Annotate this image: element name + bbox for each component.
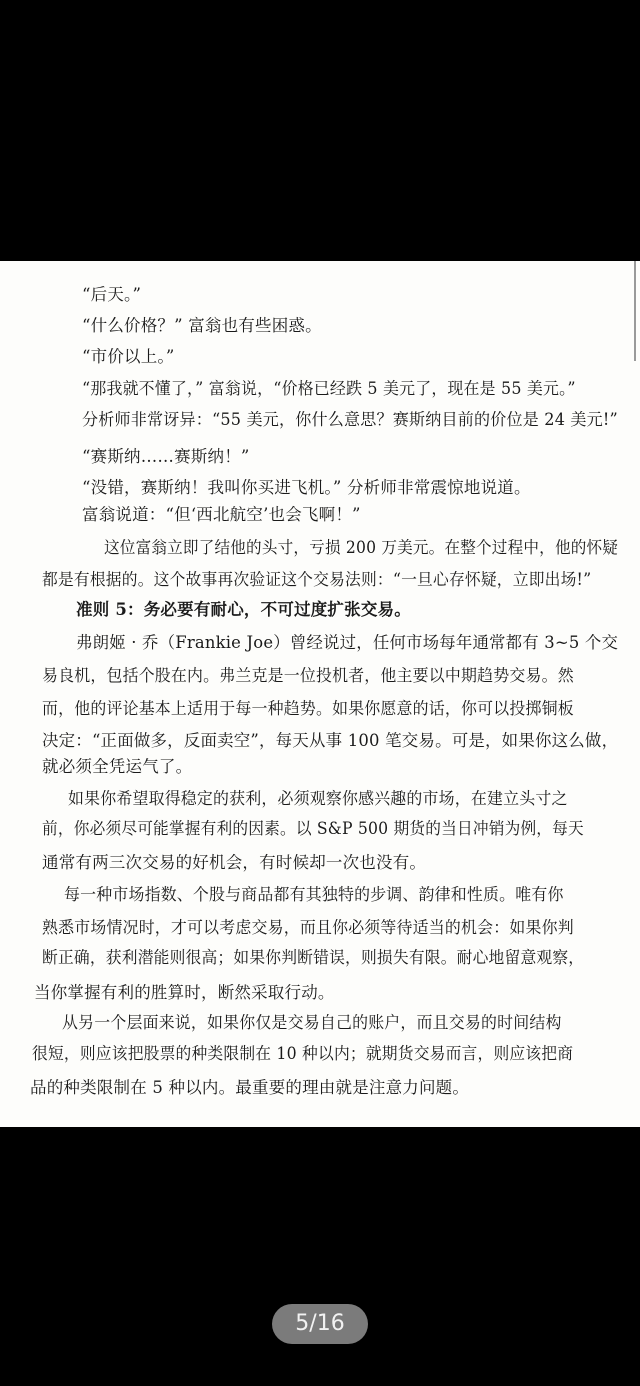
text-line: 熟悉市场情况时，才可以考虑交易，而且你必须等待适当的机会：如果你判 [42,918,574,938]
text-line: “什么价格？” 富翁也有些困惑。 [82,316,322,336]
text-line: 很短，则应该把股票的种类限制在 10 种以内；就期货交易而言，则应该把商 [32,1044,573,1064]
text-line: “赛斯纳……赛斯纳！” [82,447,250,467]
section-heading: 准则 5：务必要有耐心，不可过度扩张交易。 [76,600,411,620]
text-line: 就必须全凭运气了。 [42,757,192,777]
text-line: “没错，赛斯纳！我叫你买进飞机。” 分析师非常震惊地说道。 [82,478,531,498]
page-edge-line [634,261,636,361]
text-line: “那我就不懂了，” 富翁说，“价格已经跌 5 美元了，现在是 55 美元。” [82,379,576,399]
text-line: 决定：“正面做多，反面卖空”，每天从事 100 笔交易。可是，如果你这么做， [42,731,618,751]
text-line: 当你掌握有利的胜算时，断然采取行动。 [34,983,335,1003]
text-line: “后天。” [82,285,141,305]
text-line: 从另一个层面来说，如果你仅是交易自己的账户，而且交易的时间结构 [62,1013,562,1033]
text-line: 而，他的评论基本上适用于每一种趋势。如果你愿意的话，你可以投掷铜板 [42,699,574,719]
text-line: 品的种类限制在 5 种以内。最重要的理由就是注意力问题。 [30,1078,469,1098]
text-line: 分析师非常讶异：“55 美元，你什么意思？赛斯纳目前的价位是 24 美元!” [82,410,618,430]
text-line: 易良机，包括个股在内。弗兰克是一位投机者，他主要以中期趋势交易。然 [42,666,574,686]
text-line: 前，你必须尽可能掌握有利的因素。以 S&P 500 期货的当日冲销为例，每天 [42,819,584,839]
text-line: 断正确，获利潜能则很高；如果你判断错误，则损失有限。耐心地留意观察， [42,948,584,968]
text-line: 每一种市场指数、个股与商品都有其独特的步调、韵律和性质。唯有你 [64,885,564,905]
text-line: 通常有两三次交易的好机会，有时候却一次也没有。 [42,853,426,873]
text-line: “市价以上。” [82,347,175,367]
text-line: 弗朗姬 · 乔（Frankie Joe）曾经说过，任何市场每年通常都有 3~5 … [76,633,618,653]
text-line: 都是有根据的。这个故事再次验证这个交易法则：“一旦心存怀疑，立即出场!” [42,570,591,590]
text-line: 富翁说道：“但‘西北航空’也会飞啊！” [82,505,361,525]
page-indicator: 5/16 [272,1304,368,1344]
text-line: 如果你希望取得稳定的获利，必须观察你感兴趣的市场，在建立头寸之 [68,789,568,809]
text-line: 这位富翁立即了结他的头寸，亏损 200 万美元。在整个过程中，他的怀疑 [104,538,618,558]
